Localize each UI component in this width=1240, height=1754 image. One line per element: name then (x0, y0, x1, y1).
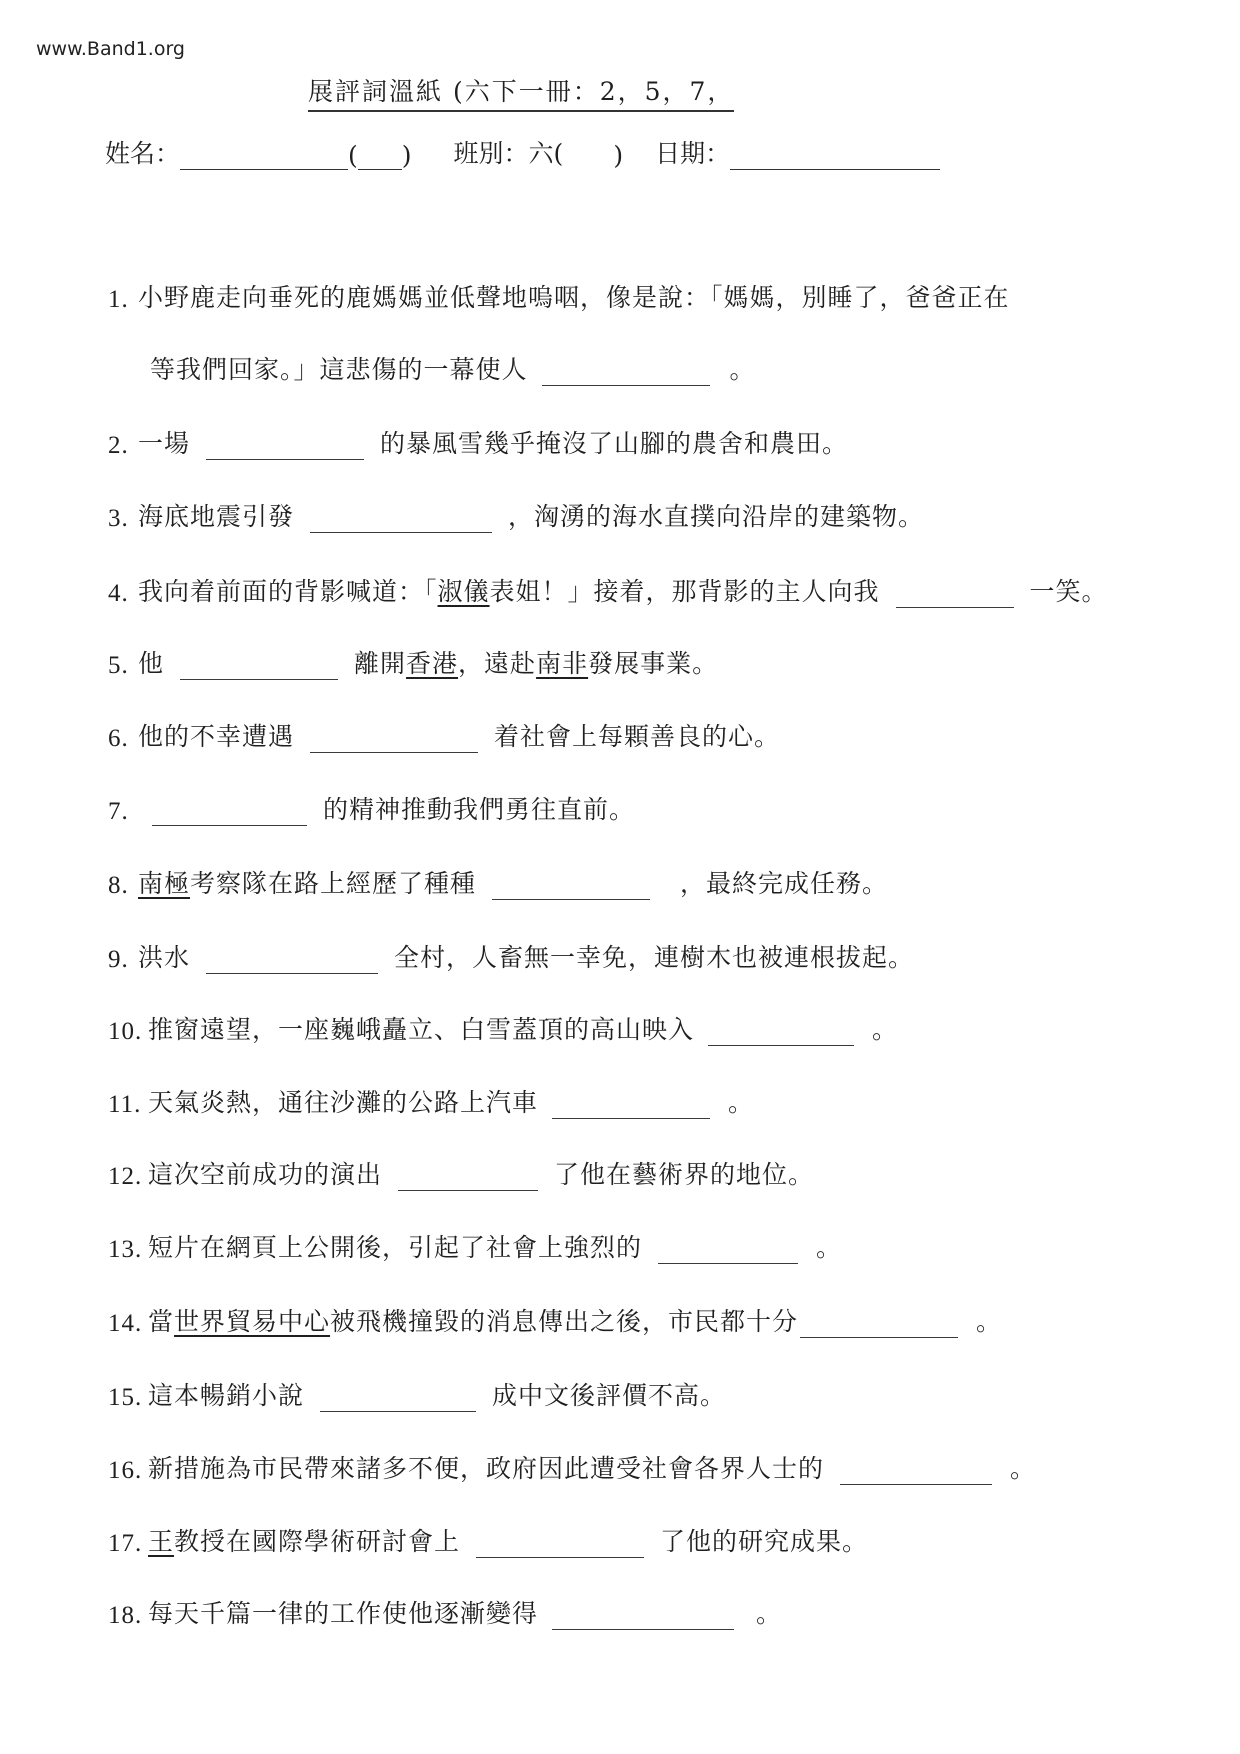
proper-noun-underlined: 南極 (138, 864, 190, 900)
question-text: 推窗遠望，一座巍峨矗立、白雪蓋頂的高山映入 (148, 1010, 694, 1046)
question-13: 13. 短片在網頁上公開後，引起了社會上強烈的 。 (108, 1228, 842, 1264)
question-text: 短片在網頁上公開後，引起了社會上強烈的 (148, 1228, 642, 1264)
question-text: 當 (148, 1302, 174, 1338)
question-5: 5. 他 離開 香港 ，遠赴 南非 發展事業。 (108, 644, 718, 680)
question-number: 14. (108, 1310, 148, 1338)
question-text-after: 的精神推動我們勇往直前。 (323, 790, 635, 826)
question-number: 12. (108, 1163, 148, 1191)
question-number: 3. (108, 505, 138, 533)
answer-blank[interactable] (840, 1458, 992, 1485)
answer-blank[interactable] (152, 799, 307, 826)
question-9: 9. 洪水 全村，人畜無一幸免，連樹木也被連根拔起。 (108, 938, 914, 974)
question-text: 發展事業。 (588, 644, 718, 680)
answer-blank[interactable] (542, 359, 710, 386)
question-text: 他的不幸遭遇 (138, 717, 294, 753)
question-number: 7. (108, 798, 148, 826)
question-text-after: 。 (816, 1228, 842, 1264)
answer-blank[interactable] (180, 653, 338, 680)
question-text: 表姐！」接着，那背影的主人向我 (490, 572, 880, 608)
date-label: 日期： (655, 134, 730, 170)
answer-blank[interactable] (310, 506, 492, 533)
question-number: 8. (108, 872, 138, 900)
question-text: 一場 (138, 424, 190, 460)
answer-blank[interactable] (206, 433, 364, 460)
proper-noun-underlined: 淑儀 (438, 572, 490, 608)
question-text-after: 的暴風雪幾乎掩沒了山腳的農舍和農田。 (380, 424, 848, 460)
question-number: 5. (108, 652, 138, 680)
question-15: 15. 這本暢銷小說 成中文後評價不高。 (108, 1376, 726, 1412)
question-text: 我向着前面的背影喊道：「 (138, 572, 438, 608)
question-text: 每天千篇一律的工作使他逐漸變得 (148, 1594, 538, 1630)
question-text-after: 着社會上每顆善良的心。 (494, 717, 780, 753)
question-number: 15. (108, 1384, 148, 1412)
answer-blank[interactable] (206, 947, 378, 974)
question-text: 被飛機撞毀的消息傳出之後，市民都十分 (330, 1302, 798, 1338)
question-8: 8. 南極 考察隊在路上經歷了種種 ，最終完成任務。 (108, 864, 888, 900)
proper-noun-underlined: 世界貿易中心 (174, 1302, 330, 1338)
answer-blank[interactable] (476, 1531, 644, 1558)
answer-blank[interactable] (896, 581, 1014, 608)
answer-blank[interactable] (552, 1092, 710, 1119)
question-4: 4. 我向着前面的背影喊道：「 淑儀 表姐！」接着，那背影的主人向我 一笑。 (108, 572, 1108, 608)
question-text-after: 。 (872, 1010, 898, 1046)
question-11: 11. 天氣炎熱，通往沙灘的公路上汽車 。 (108, 1083, 754, 1119)
answer-blank[interactable] (310, 726, 478, 753)
question-text: 他 (138, 644, 164, 680)
date-blank[interactable] (730, 141, 940, 170)
question-text: 海底地震引發 (138, 497, 294, 533)
proper-noun-underlined: 香港 (406, 644, 458, 680)
question-text: 離開 (354, 644, 406, 680)
question-text: 這次空前成功的演出 (148, 1155, 382, 1191)
question-text: 小野鹿走向垂死的鹿媽媽並低聲地嗚咽，像是說：「媽媽，別睡了，爸爸正在 (138, 278, 1010, 314)
proper-noun-underlined: 南非 (536, 644, 588, 680)
question-text: 教授在國際學術研討會上 (174, 1522, 460, 1558)
class-paren-close: ) (613, 141, 623, 170)
question-number: 18. (108, 1602, 148, 1630)
question-10: 10. 推窗遠望，一座巍峨矗立、白雪蓋頂的高山映入 。 (108, 1010, 898, 1046)
question-3: 3. 海底地震引發 ，洶湧的海水直撲向沿岸的建築物。 (108, 497, 924, 533)
question-number: 17. (108, 1530, 148, 1558)
question-text: 等我們回家。」這悲傷的一幕使人 (150, 350, 528, 386)
class-number-paren-close: ) (402, 141, 412, 170)
question-number: 4. (108, 580, 138, 608)
name-label: 姓名： (105, 134, 180, 170)
question-1: 1. 小野鹿走向垂死的鹿媽媽並低聲地嗚咽，像是說：「媽媽，別睡了，爸爸正在 (108, 278, 1010, 314)
question-text: 天氣炎熱，通往沙灘的公路上汽車 (148, 1083, 538, 1119)
question-number: 16. (108, 1457, 148, 1485)
answer-blank[interactable] (492, 873, 650, 900)
question-number: 9. (108, 946, 138, 974)
website-watermark: www.Band1.org (36, 38, 185, 60)
question-number: 13. (108, 1236, 148, 1264)
question-2: 2. 一場 的暴風雪幾乎掩沒了山腳的農舍和農田。 (108, 424, 848, 460)
class-number-paren-open: ( (348, 141, 358, 170)
question-text-after: 了他的研究成果。 (660, 1522, 868, 1558)
question-text-after: 了他在藝術界的地位。 (554, 1155, 814, 1191)
question-text-after: ，洶湧的海水直撲向沿岸的建築物。 (508, 497, 924, 533)
question-number: 6. (108, 725, 138, 753)
question-number: 2. (108, 432, 138, 460)
class-label: 班別：六( (454, 134, 564, 170)
answer-blank[interactable] (552, 1603, 734, 1630)
question-text: ，遠赴 (458, 644, 536, 680)
question-text-after: 成中文後評價不高。 (492, 1376, 726, 1412)
question-text-after: 一笑。 (1030, 572, 1108, 608)
question-1-continued: 等我們回家。」這悲傷的一幕使人 。 (150, 350, 756, 386)
question-7: 7. 的精神推動我們勇往直前。 (108, 790, 635, 826)
answer-blank[interactable] (658, 1237, 798, 1264)
question-14: 14. 當 世界貿易中心 被飛機撞毀的消息傳出之後，市民都十分 。 (108, 1302, 1002, 1338)
question-text: 這本暢銷小說 (148, 1376, 304, 1412)
answer-blank[interactable] (398, 1164, 538, 1191)
answer-blank[interactable] (708, 1019, 854, 1046)
question-text: 洪水 (138, 938, 190, 974)
question-text-after: ，最終完成任務。 (680, 864, 888, 900)
question-text-after: 。 (976, 1302, 1002, 1338)
question-text-after: 全村，人畜無一幸免，連樹木也被連根拔起。 (394, 938, 914, 974)
question-16: 16. 新措施為市民帶來諸多不便，政府因此遭受社會各界人士的 。 (108, 1449, 1036, 1485)
question-text-after: 。 (728, 1083, 754, 1119)
name-blank[interactable] (180, 141, 348, 170)
question-text-after: 。 (756, 1594, 782, 1630)
class-number-blank[interactable] (358, 141, 402, 170)
question-6: 6. 他的不幸遭遇 着社會上每顆善良的心。 (108, 717, 780, 753)
worksheet-title: 展評詞溫紙 (六下一冊：2，5，7， (308, 72, 734, 112)
question-17: 17. 王 教授在國際學術研討會上 了他的研究成果。 (108, 1522, 868, 1558)
question-12: 12. 這次空前成功的演出 了他在藝術界的地位。 (108, 1155, 814, 1191)
answer-blank[interactable] (320, 1385, 476, 1412)
question-number: 1. (108, 286, 138, 314)
answer-blank[interactable] (800, 1311, 958, 1338)
proper-noun-underlined: 王 (148, 1522, 174, 1558)
question-text-after: 。 (730, 350, 756, 386)
question-text-after: 。 (1010, 1449, 1036, 1485)
question-text: 考察隊在路上經歷了種種 (190, 864, 476, 900)
question-number: 11. (108, 1091, 148, 1119)
student-info-row: 姓名： ( ) 班別：六( ) 日期： (105, 130, 940, 170)
question-18: 18. 每天千篇一律的工作使他逐漸變得 。 (108, 1594, 782, 1630)
question-text: 新措施為市民帶來諸多不便，政府因此遭受社會各界人士的 (148, 1449, 824, 1485)
question-number: 10. (108, 1018, 148, 1046)
